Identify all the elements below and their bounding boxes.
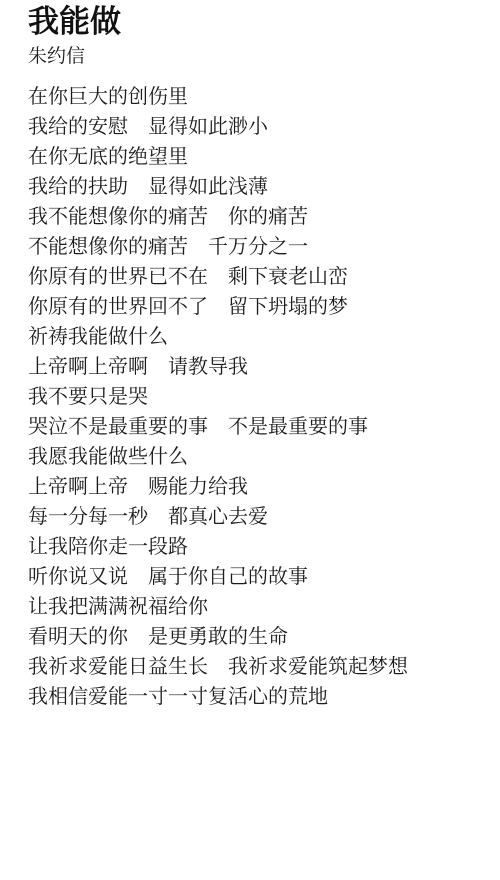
lyric-line: 看明天的你 是更勇敢的生命 bbox=[28, 622, 480, 652]
lyric-line: 我祈求爱能日益生长 我祈求爱能筑起梦想 bbox=[28, 652, 480, 682]
lyric-line: 不能想像你的痛苦 千万分之一 bbox=[28, 232, 480, 262]
lyric-line: 听你说又说 属于你自己的故事 bbox=[28, 562, 480, 592]
lyric-line: 祈祷我能做什么 bbox=[28, 322, 480, 352]
lyric-line: 我相信爱能一寸一寸复活心的荒地 bbox=[28, 682, 480, 712]
lyric-line: 你原有的世界回不了 留下坍塌的梦 bbox=[28, 292, 480, 322]
lyric-line: 上帝啊上帝啊 请教导我 bbox=[28, 352, 480, 382]
lyrics-body: 在你巨大的创伤里我给的安慰 显得如此渺小在你无底的绝望里我给的扶助 显得如此浅薄… bbox=[28, 82, 480, 712]
lyric-line: 让我把满满祝福给你 bbox=[28, 592, 480, 622]
lyric-line: 我给的安慰 显得如此渺小 bbox=[28, 112, 480, 142]
artist-name: 朱约信 bbox=[28, 44, 480, 70]
lyric-line: 你原有的世界已不在 剩下衰老山峦 bbox=[28, 262, 480, 292]
lyric-line: 我不能想像你的痛苦 你的痛苦 bbox=[28, 202, 480, 232]
lyric-line: 哭泣不是最重要的事 不是最重要的事 bbox=[28, 412, 480, 442]
lyric-line: 我愿我能做些什么 bbox=[28, 442, 480, 472]
lyric-line: 在你巨大的创伤里 bbox=[28, 82, 480, 112]
lyrics-page: 我能做 朱约信 在你巨大的创伤里我给的安慰 显得如此渺小在你无底的绝望里我给的扶… bbox=[0, 0, 500, 880]
lyric-line: 上帝啊上帝 赐能力给我 bbox=[28, 472, 480, 502]
lyric-line: 我不要只是哭 bbox=[28, 382, 480, 412]
lyric-line: 我给的扶助 显得如此浅薄 bbox=[28, 172, 480, 202]
lyric-line: 在你无底的绝望里 bbox=[28, 142, 480, 172]
lyric-line: 每一分每一秒 都真心去爱 bbox=[28, 502, 480, 532]
page-title: 我能做 bbox=[28, 2, 480, 42]
lyric-line: 让我陪你走一段路 bbox=[28, 532, 480, 562]
